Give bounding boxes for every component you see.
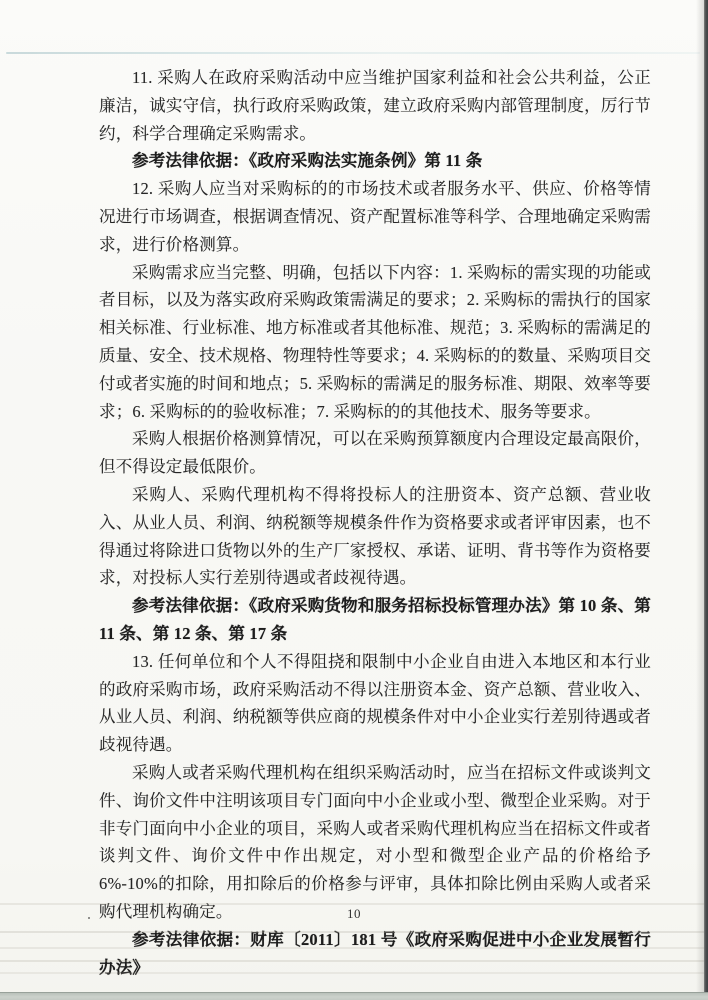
scanned-document-page: 11. 采购人在政府采购活动中应当维护国家利益和社会公共利益，公正廉洁，诚实守信… — [0, 0, 708, 1000]
body-paragraph: 12. 采购人应当对采购标的的市场技术或者服务水平、供应、价格等情况进行市场调查… — [99, 175, 651, 258]
scan-artifact-right-shadow — [696, 0, 704, 1000]
scan-artifact-streak — [0, 903, 708, 905]
page-number: 10 — [0, 906, 708, 922]
body-paragraph: 13. 任何单位和个人不得阻挠和限制中小企业自由进入本地区和本行业的政府采购市场… — [99, 648, 651, 759]
body-paragraph: 采购人根据价格测算情况，可以在采购预算额度内合理设定最高限价，但不得设定最低限价… — [99, 425, 651, 481]
scan-artifact-top-line — [6, 52, 700, 54]
scan-artifact-bottom-band — [0, 992, 708, 1000]
scan-artifact-streak — [0, 972, 708, 974]
legal-reference-line: 参考法律依据：《政府采购法实施条例》第 11 条 — [99, 147, 651, 175]
body-paragraph: 11. 采购人在政府采购活动中应当维护国家利益和社会公共利益，公正廉洁，诚实守信… — [99, 64, 651, 147]
scan-artifact-streak — [0, 960, 708, 962]
scan-artifact-dot — [88, 917, 90, 919]
scan-artifact-streak — [0, 947, 708, 949]
scan-artifact-streak — [0, 931, 708, 933]
body-paragraph: 采购人或者采购代理机构在组织采购活动时，应当在招标文件或谈判文件、询价文件中注明… — [99, 759, 651, 926]
legal-reference-line: 参考法律依据：《政府采购货物和服务招标投标管理办法》第 10 条、第 11 条、… — [99, 592, 651, 648]
text-block: 11. 采购人在政府采购活动中应当维护国家利益和社会公共利益，公正廉洁，诚实守信… — [99, 64, 651, 981]
body-paragraph: 采购人、采购代理机构不得将投标人的注册资本、资产总额、营业收入、从业人员、利润、… — [99, 481, 651, 592]
body-paragraph: 采购需求应当完整、明确，包括以下内容：1. 采购标的需实现的功能或者目标，以及为… — [99, 259, 651, 426]
scan-artifact-right-strip — [704, 0, 708, 1000]
